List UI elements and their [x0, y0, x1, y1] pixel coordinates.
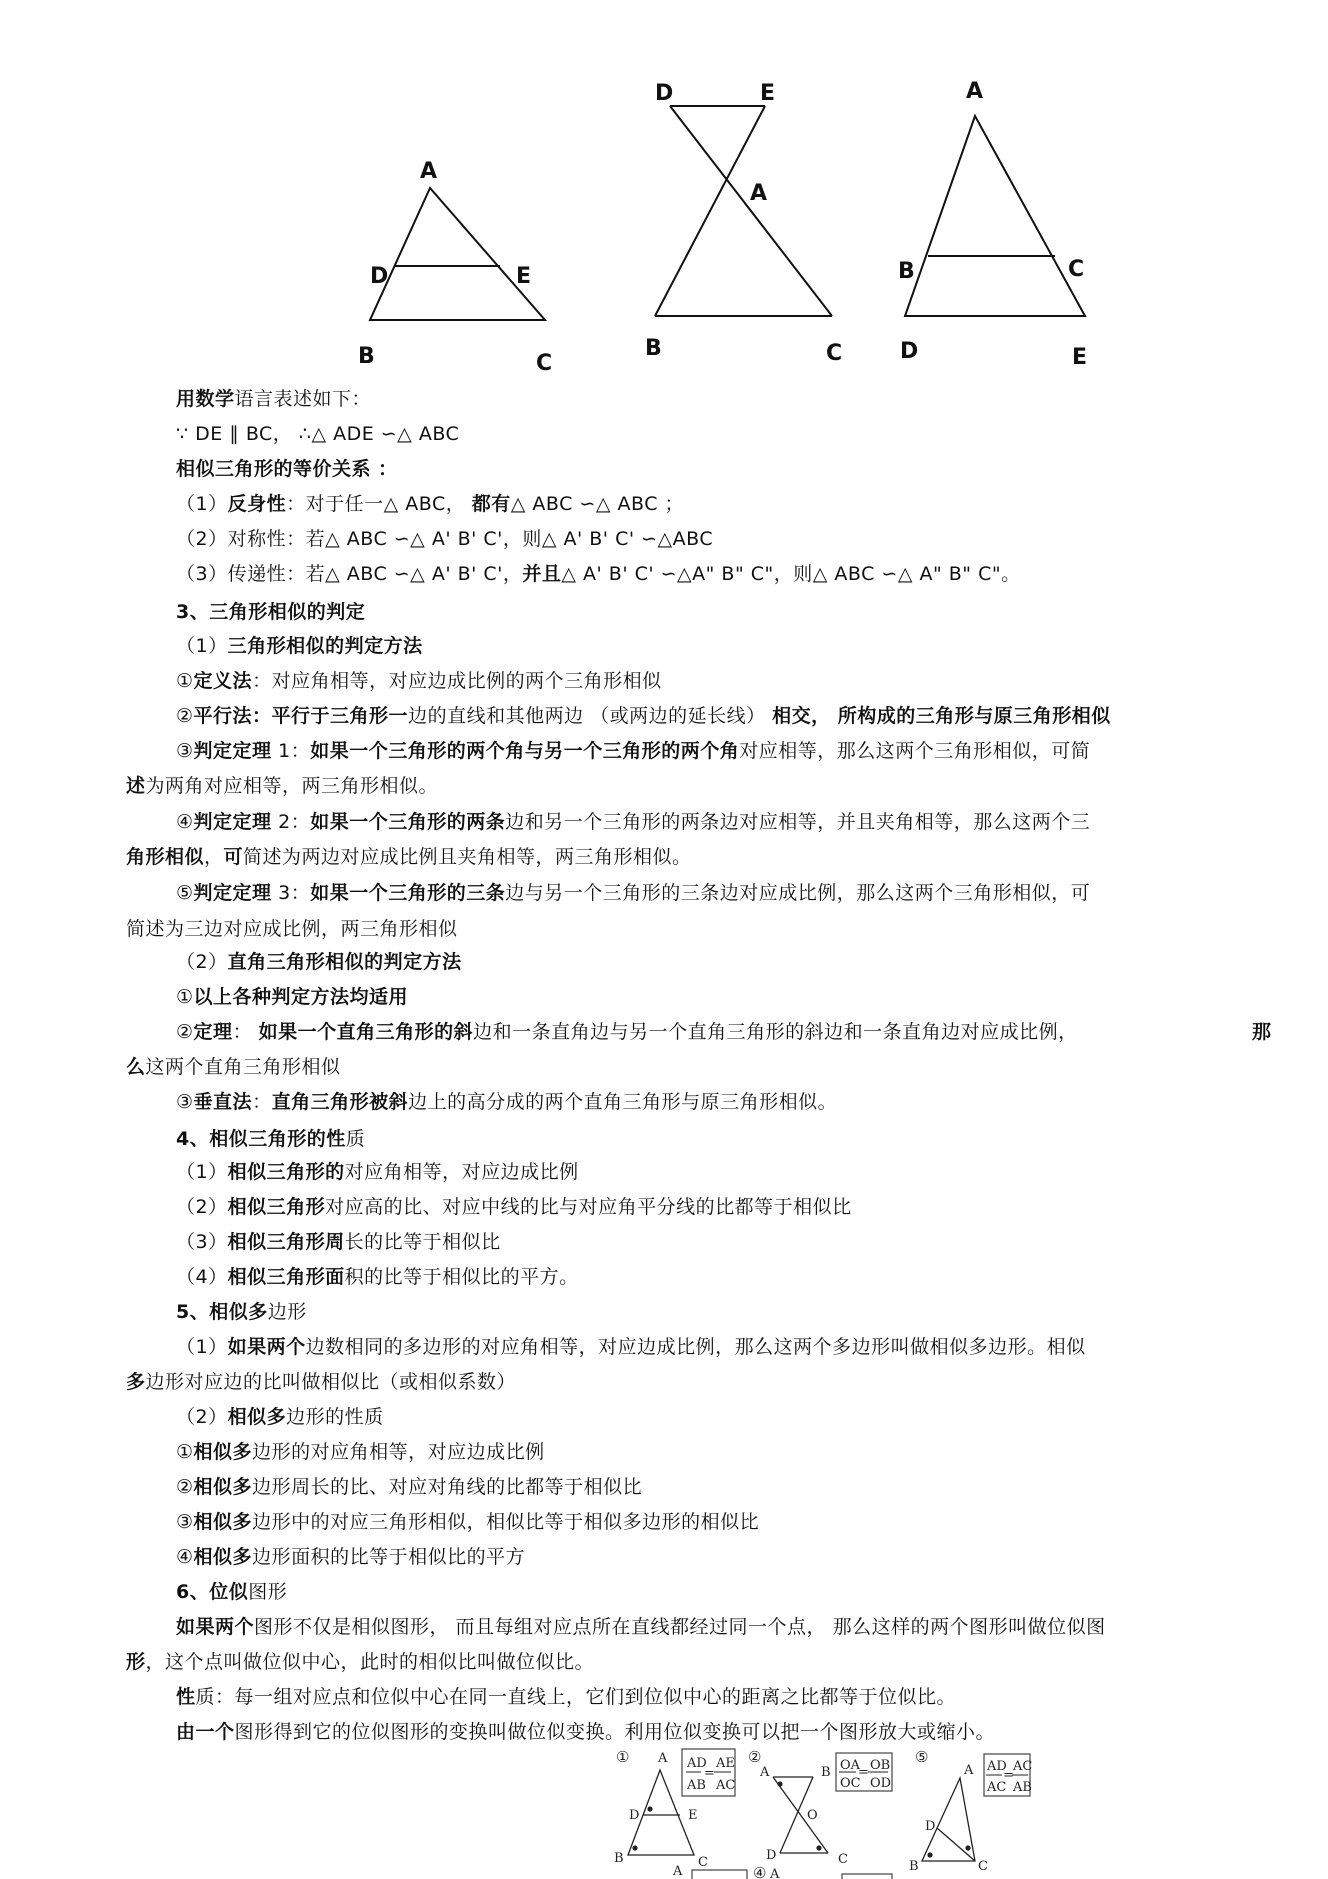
text: （2） — [176, 1406, 228, 1428]
bold-text: 定义法 — [194, 670, 253, 692]
text: △ A' B' C' ∽△A" B" C"，则△ ABC ∽△ A" B" C"… — [561, 563, 1020, 585]
text-line: ①定义法：对应角相等，对应边成比例的两个三角形相似 — [176, 669, 662, 693]
angle-mark-icon — [647, 1806, 652, 1811]
text: 质 — [346, 1128, 366, 1150]
text: ：对应角相等，对应边成比例的两个三角形相似 — [252, 670, 662, 692]
text: △ ABC ∽△ ABC ； — [511, 493, 684, 515]
text: ② — [176, 1476, 194, 1498]
bold-text: 可 — [224, 846, 244, 868]
text-line: ①以上各种判定方法均适用 — [176, 985, 408, 1009]
text-line: 性质：每一组对应点和位似中心在同一直线上，它们到位似中心的距离之比都等于位似比。 — [176, 1685, 956, 1709]
subsection-heading: （1）三角形相似的判定方法 — [176, 634, 423, 658]
text: （2） — [176, 951, 228, 973]
bold-text: 平行法：平行于三角形一 — [194, 705, 409, 727]
text: 对应相等，那么这两个三角形相似，可简 — [739, 740, 1090, 762]
text: 边形的性质 — [286, 1406, 384, 1428]
text-line: 用数学语言表述如下： — [176, 387, 371, 411]
figure-hourglass — [655, 106, 832, 316]
text: 边数相同的多边形的对应角相等，对应边成比例，那么这两个多边形叫做相似多边形。相似 — [306, 1336, 1086, 1358]
equals-sign: = — [858, 1765, 869, 1780]
text: 边的直线和其他两边 （或两边的延长线） — [408, 705, 772, 727]
bold-text: 如果两个 — [228, 1336, 306, 1358]
formula-term: AB — [686, 1778, 706, 1793]
text: 1： — [272, 740, 311, 762]
bold-text: 形 — [126, 1651, 146, 1673]
text: （2）对称性：若△ ABC ∽△ A' B' C'，则△ A' B' C' ∽△… — [176, 528, 713, 550]
bold-text: 如果一个三角形的两个角与另一个三角形的两个角 — [310, 740, 739, 762]
label-A: A — [769, 1867, 780, 1879]
text: ∵ DE ∥ BC， ∴△ ADE ∽△ ABC — [176, 423, 459, 445]
equals-sign: = — [704, 1766, 715, 1781]
bold-text: 相似多 — [194, 1476, 253, 1498]
label-A: A — [963, 1763, 974, 1778]
figure-triangle-extended — [905, 116, 1085, 316]
text-line: 那 — [1252, 1020, 1272, 1044]
fig3-label-E: E — [1072, 345, 1087, 370]
bold-text: 如果两个 — [176, 1616, 254, 1638]
text: 边与另一个三角形的三条边对应成比例，那么这两个三角形相似，可 — [505, 882, 1090, 904]
formula-term: AB — [1012, 1780, 1032, 1795]
text-line: ③判定定理 1：如果一个三角形的两个角与另一个三角形的两个角对应相等，那么这两个… — [176, 739, 1090, 763]
fig2-label-A: A — [750, 181, 767, 206]
text-line: ③相似多边形中的对应三角形相似，相似比等于相似多边形的相似比 — [176, 1510, 759, 1534]
text-line: 如果两个图形不仅是相似图形， 而且每组对应点所在直线都经过同一个点， 那么这样的… — [176, 1615, 1106, 1639]
text: 边形中的对应三角形相似，相似比等于相似多边形的相似比 — [252, 1511, 759, 1533]
text-line: 形，这个点叫做位似中心，此时的相似比叫做位似比。 — [126, 1650, 594, 1674]
subsection-heading: （2）直角三角形相似的判定方法 — [176, 950, 462, 974]
text-line: ②平行法：平行于三角形一边的直线和其他两边 （或两边的延长线） 相交， 所构成的… — [176, 704, 1111, 728]
text: 2： — [272, 811, 311, 833]
text-line: 角形相似，可简述为两边对应成比例且夹角相等，两三角形相似。 — [126, 845, 692, 869]
text-line: ⑤判定定理 3：如果一个三角形的三条边与另一个三角形的三条边对应成比例，那么这两… — [176, 881, 1090, 905]
formula-box — [842, 1874, 892, 1879]
formula-term: OD — [870, 1776, 891, 1791]
text: 边上的高分成的两个直角三角形与原三角形相似。 — [408, 1091, 837, 1113]
label-E: E — [688, 1808, 698, 1823]
bold-text: 相似多 — [194, 1546, 253, 1568]
label-B: B — [909, 1859, 919, 1874]
section-heading: 6、位似图形 — [176, 1580, 287, 1604]
bold-text: 都有 — [472, 493, 511, 515]
bold-text: 相交， 所构成的三角形与原三角形相似 — [772, 705, 1111, 727]
bold-text: 用数学 — [176, 388, 235, 410]
text: ① — [176, 670, 194, 692]
angle-mark-icon — [777, 1781, 782, 1786]
text: （1） — [176, 635, 228, 657]
text: 为两角对应相等，两三角形相似。 — [146, 775, 439, 797]
text: 边形周长的比、对应对角线的比都等于相似比 — [252, 1476, 642, 1498]
fig1-label-B: B — [358, 344, 375, 369]
label-A: A — [759, 1765, 770, 1780]
text-line: （4）相似三角形面积的比等于相似比的平方。 — [176, 1265, 579, 1289]
formula-term: AC — [1012, 1759, 1032, 1774]
formula-box — [692, 1870, 747, 1879]
bold-text: 3、三角形相似的判定 — [176, 601, 365, 623]
bold-text: 三角形相似的判定方法 — [228, 635, 423, 657]
bold-text: 5、相似多 — [176, 1301, 268, 1323]
text: ③ — [176, 740, 194, 762]
text: ⑤ — [176, 882, 194, 904]
bold-text: 由一个 — [176, 1721, 235, 1743]
bold-text: 相似多 — [228, 1406, 287, 1428]
text: 3： — [272, 882, 311, 904]
text-line: ④相似多边形面积的比等于相似比的平方 — [176, 1545, 525, 1569]
bold-text: 如果一个三角形的三条 — [310, 882, 505, 904]
fig3-label-B: B — [898, 259, 915, 284]
bold-text: 么 — [126, 1056, 146, 1078]
text: 简述为两边对应成比例且夹角相等，两三角形相似。 — [243, 846, 692, 868]
text-line: ④判定定理 2：如果一个三角形的两条边和另一个三角形的两条边对应相等，并且夹角相… — [176, 810, 1090, 834]
text: 语言表述如下： — [235, 388, 372, 410]
label-A: A — [657, 1751, 668, 1766]
text: ④ — [176, 811, 194, 833]
bold-text: 定理 — [194, 1021, 233, 1043]
text: 对应高的比、对应中线的比与对应角平分线的比都等于相似比 — [325, 1196, 852, 1218]
text: ： — [252, 1091, 272, 1113]
text: （3）传递性：若△ ABC ∽△ A' B' C'， — [176, 563, 522, 585]
fig2-label-C: C — [826, 341, 842, 366]
text: （1） — [176, 1336, 228, 1358]
text: （2） — [176, 1196, 228, 1218]
text: ③ — [176, 1091, 194, 1113]
angle-mark-icon — [927, 1852, 932, 1857]
label-B: B — [614, 1851, 624, 1866]
bold-text: 角形相似 — [126, 846, 204, 868]
text: ② — [176, 705, 194, 727]
formula-term: OB — [870, 1758, 890, 1773]
text: 边形对应边的比叫做相似比（或相似系数） — [146, 1371, 517, 1393]
ref-figure-5: ⑤ A D B C AD AC = AC AB — [909, 1748, 1032, 1874]
formula-term: AC — [715, 1778, 735, 1793]
text: 边形的对应角相等，对应边成比例 — [252, 1441, 545, 1463]
text: ，这个点叫做位似中心，此时的相似比叫做位似比。 — [146, 1651, 595, 1673]
text: （1） — [176, 1161, 228, 1183]
text: ： — [233, 1021, 259, 1043]
similarity-reference-diagrams: ① A D E B C AD AB = AE AC ② A B O — [600, 1740, 1328, 1879]
text-line: 多边形对应边的比叫做相似比（或相似系数） — [126, 1370, 516, 1394]
figure-triangle-dE-parallel — [370, 188, 545, 320]
label-D: D — [629, 1808, 639, 1823]
bold-text: 直角三角形相似的判定方法 — [228, 951, 462, 973]
label-D: D — [766, 1848, 776, 1863]
text-line: 述为两角对应相等，两三角形相似。 — [126, 774, 438, 798]
label-B: B — [821, 1765, 831, 1780]
text: 积的比等于相似比的平方。 — [345, 1266, 579, 1288]
fig1-label-A: A — [420, 159, 437, 184]
section-heading: 5、相似多边形 — [176, 1300, 307, 1324]
text-line: （3）相似三角形周长的比等于相似比 — [176, 1230, 501, 1254]
text: 对应角相等，对应边成比例 — [345, 1161, 579, 1183]
bold-text: 4、相似三角形的性 — [176, 1128, 346, 1150]
text: （3） — [176, 1231, 228, 1253]
bold-text: 判定定理 — [194, 882, 272, 904]
bold-text: 相似多 — [194, 1441, 253, 1463]
bold-text: 多 — [126, 1371, 146, 1393]
section-heading: 4、相似三角形的性质 — [176, 1127, 365, 1151]
ref-figure-3-partial: A — [672, 1864, 747, 1879]
text-line: ③垂直法：直角三角形被斜边上的高分成的两个直角三角形与原三角形相似。 — [176, 1090, 837, 1114]
bold-text: 6、位似 — [176, 1581, 248, 1603]
text: （4） — [176, 1266, 228, 1288]
text-line: 简述为三边对应成比例，两三角形相似 — [126, 917, 458, 941]
text-line: （1）反身性：对于任一△ ABC， 都有△ ABC ∽△ ABC ； — [176, 492, 684, 516]
text: 边和一条直角边与另一个直角三角形的斜边和一条直角边对应成比例， — [473, 1021, 1078, 1043]
bold-text: 垂直法 — [194, 1091, 253, 1113]
text: ③ — [176, 1511, 194, 1533]
text-line: （1）如果两个边数相同的多边形的对应角相等，对应边成比例，那么这两个多边形叫做相… — [176, 1335, 1086, 1359]
text: 图形不仅是相似图形， 而且每组对应点所在直线都经过同一个点， 那么这样的两个图形… — [254, 1616, 1106, 1638]
bold-text: 反身性 — [228, 493, 287, 515]
figure-number: ④ — [753, 1864, 766, 1879]
subsection-heading: （2）相似多边形的性质 — [176, 1405, 384, 1429]
text: 边形面积的比等于相似比的平方 — [252, 1546, 525, 1568]
bold-text: 判定定理 — [194, 811, 272, 833]
bold-text: 相似三角形 — [228, 1196, 326, 1218]
bold-text: 相似多 — [194, 1511, 253, 1533]
text: ④ — [176, 1546, 194, 1568]
text: 简述为三边对应成比例，两三角形相似 — [126, 918, 458, 940]
bold-text: 直角三角形被斜 — [272, 1091, 409, 1113]
text: 图形 — [248, 1581, 287, 1603]
label-C: C — [978, 1859, 988, 1874]
text-line: （2）对称性：若△ ABC ∽△ A' B' C'，则△ A' B' C' ∽△… — [176, 527, 713, 551]
fig1-label-D: D — [370, 264, 388, 289]
bold-text: 相似三角形的 — [228, 1161, 345, 1183]
text-line: ②定理： 如果一个直角三角形的斜边和一条直角边与另一个直角三角形的斜边和一条直角… — [176, 1020, 1078, 1044]
text: 这两个直角三角形相似 — [146, 1056, 341, 1078]
text: 质：每一组对应点和位似中心在同一直线上，它们到位似中心的距离之比都等于位似比。 — [196, 1686, 957, 1708]
label-D: D — [925, 1819, 935, 1834]
ref-figure-2: ② A B O D C OA OC = OB OD — [748, 1748, 892, 1867]
bold-text: 述 — [126, 775, 146, 797]
text-line: ∵ DE ∥ BC， ∴△ ADE ∽△ ABC — [176, 422, 459, 446]
text: ② — [176, 1021, 194, 1043]
bold-text: 以上各种判定方法均适用 — [194, 986, 409, 1008]
ref-figure-4-partial: ④ A — [753, 1864, 892, 1879]
figure-number: ⑤ — [915, 1748, 928, 1766]
fig2-label-B: B — [645, 336, 662, 361]
fig3-label-C: C — [1068, 257, 1084, 282]
text: ：对于任一△ ABC， — [286, 493, 472, 515]
text: ① — [176, 1441, 194, 1463]
fig1-label-C: C — [536, 351, 552, 376]
label-C: C — [698, 1855, 708, 1870]
text-line: 相似三角形的等价关系 ： — [176, 457, 398, 481]
text: 边形 — [268, 1301, 307, 1323]
bold-text: 相似三角形周 — [228, 1231, 345, 1253]
bold-text: 如果一个三角形的两条 — [310, 811, 505, 833]
text-line: （2）相似三角形对应高的比、对应中线的比与对应角平分线的比都等于相似比 — [176, 1195, 852, 1219]
fig2-label-D: D — [655, 81, 673, 106]
bold-text: 性 — [176, 1686, 196, 1708]
text: 边和另一个三角形的两条边对应相等，并且夹角相等，那么这两个三 — [505, 811, 1090, 833]
bold-text: 相似三角形面 — [228, 1266, 345, 1288]
angle-mark-icon — [965, 1845, 970, 1850]
text-line: ①相似多边形的对应角相等，对应边成比例 — [176, 1440, 545, 1464]
label-A: A — [672, 1864, 683, 1879]
fig3-label-D: D — [900, 339, 918, 364]
text-line: 么这两个直角三角形相似 — [126, 1055, 341, 1079]
bold-text: 判定定理 — [194, 740, 272, 762]
formula-term: AE — [715, 1756, 735, 1771]
text: ① — [176, 986, 194, 1008]
bold-text: 那 — [1252, 1021, 1272, 1043]
angle-mark-icon — [816, 1845, 821, 1850]
fig1-label-E: E — [516, 264, 531, 289]
section-heading: 3、三角形相似的判定 — [176, 600, 365, 624]
fig3-label-A: A — [966, 79, 983, 104]
fig2-label-E: E — [760, 81, 775, 106]
similar-triangle-figures: A D E B C D E A B C A B C D E — [0, 0, 1328, 380]
bold-text: 相似三角形的等价关系 ： — [176, 458, 398, 480]
text-line: （3）传递性：若△ ABC ∽△ A' B' C'，并且△ A' B' C' ∽… — [176, 562, 1021, 586]
label-O: O — [807, 1808, 818, 1823]
text: （1） — [176, 493, 228, 515]
ref-figure-1: ① A D E B C AD AB = AE AC — [614, 1748, 735, 1870]
figure-number: ② — [748, 1748, 761, 1766]
text: 长的比等于相似比 — [345, 1231, 501, 1253]
text-line: （1）相似三角形的对应角相等，对应边成比例 — [176, 1160, 579, 1184]
text: ， — [204, 846, 224, 868]
bold-text: 并且 — [522, 563, 561, 585]
figure-number: ① — [616, 1748, 629, 1766]
label-C: C — [838, 1852, 848, 1867]
angle-mark-icon — [632, 1845, 637, 1850]
bold-text: 如果一个直角三角形的斜 — [259, 1021, 474, 1043]
text-line: ②相似多边形周长的比、对应对角线的比都等于相似比 — [176, 1475, 642, 1499]
